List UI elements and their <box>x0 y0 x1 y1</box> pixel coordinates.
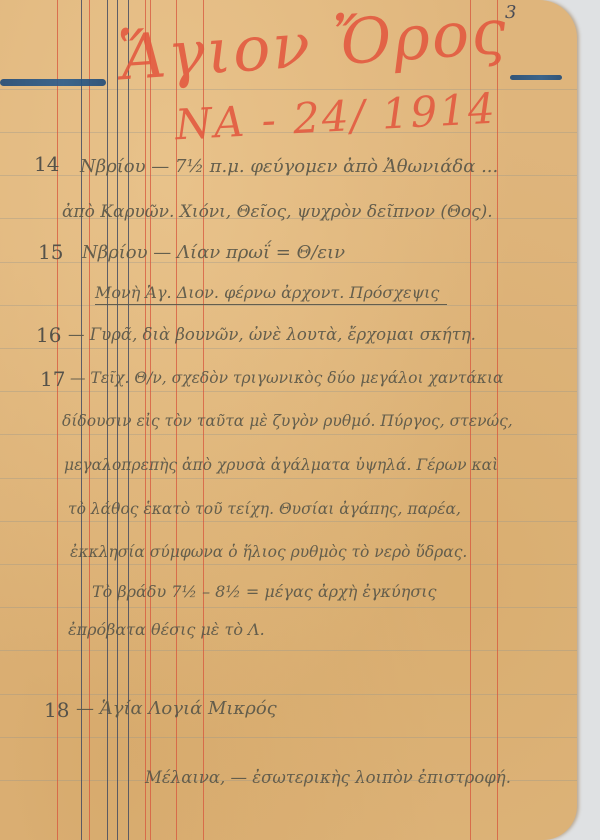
entry-day: 15 <box>38 240 63 264</box>
page-heading-date: ΝΑ - 24/ 1914 <box>174 84 498 150</box>
blue-pencil-stroke <box>510 75 562 80</box>
blue-pencil-stroke <box>0 79 106 86</box>
entry-line: Τὸ βράδυ 7½ – 8½ = μέγας ἀρχὴ ἐγκύησις <box>92 582 437 601</box>
entry-line: — Ἁγία Λογιά Μικρός <box>76 698 277 719</box>
entry-line: δίδουσιν εἰς τὸν ταῦτα μὲ ζυγὸν ρυθμό. Π… <box>62 412 513 430</box>
entry-line: ἀπὸ Καρυῶν. Χιόνι, Θεῖος, ψυχρὸν δεῖπνον… <box>62 202 493 222</box>
ruled-line <box>0 478 577 479</box>
ruled-line <box>0 434 577 435</box>
entry-line: — Τεῖχ. Θ/ν, σχεδὸν τριγωνικὸς δύο μεγάλ… <box>70 369 504 387</box>
ruled-line <box>0 650 577 651</box>
entry-line: Νβρίου — 7½ π.μ. φεύγομεν ἀπὸ Ἀθωνιάδα .… <box>80 156 498 177</box>
entry-line: μεγαλοπρεπὴς ἀπὸ χρυσὰ ἀγάλματα ὑψηλά. Γ… <box>64 456 498 474</box>
entry-line: — Γυρᾶ, διὰ βουνῶν, ὠνὲ λουτὰ, ἔρχομαι σ… <box>68 325 476 344</box>
ruled-line <box>0 391 577 392</box>
notebook-page: 3 Ἅγιον Ὄρος ΝΑ - 24/ 1914 14 Νβρίου — 7… <box>0 0 577 840</box>
entry-day: 16 <box>36 323 61 347</box>
entry-day: 18 <box>44 698 69 722</box>
ruled-line <box>0 737 577 738</box>
entry-line: Μέλαινα, — ἐσωτερικὴς λοιπὸν ἐπιστροφή. <box>145 768 511 787</box>
entry-line: ἐκκλησία σύμφωνα ὁ ἥλιος ρυθμὸς τὸ νερὸ … <box>70 543 467 561</box>
ruled-line <box>0 305 577 306</box>
entry-line: ἐπρόβατα θέσις μὲ τὸ Λ. <box>68 620 265 639</box>
entry-day: 14 <box>34 152 59 176</box>
ruled-line <box>0 521 577 522</box>
entry-line: τὸ λάθος ἑκατὸ τοῦ τείχη. Θυσίαι ἀγάπης,… <box>68 500 461 518</box>
ruled-line <box>0 564 577 565</box>
ruled-line <box>0 348 577 349</box>
entry-line: Νβρίου — Λίαν πρωΐ = Θ/ειν <box>82 242 345 263</box>
entry-line: Μονὴ Ἁγ. Διον. φέρνω ἀρχοντ. Πρόσχεψις <box>95 283 447 305</box>
entry-day: 17 <box>40 367 65 391</box>
ruled-line <box>0 694 577 695</box>
ruled-line <box>0 607 577 608</box>
